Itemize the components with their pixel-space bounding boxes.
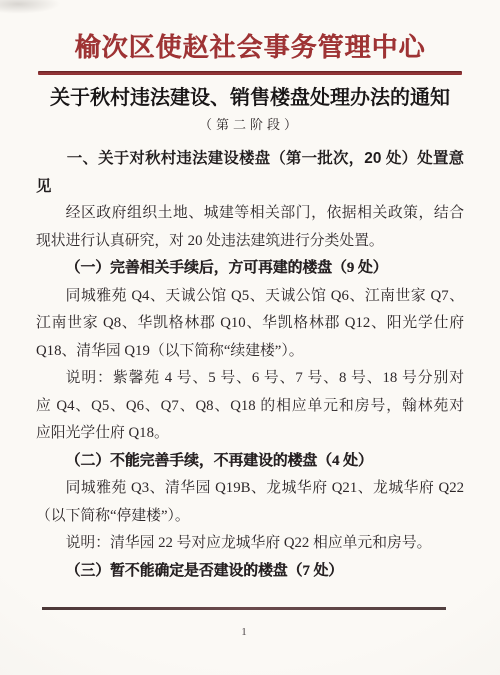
text-line: （一）完善相关手续后，方可再建的楼盘（9 处） — [36, 255, 464, 283]
doc-title: 关于秋村违法建设、销售楼盘处理办法的通知 — [0, 84, 500, 112]
text-line: 江南世家 Q8、华凯格林郡 Q10、华凯格林郡 Q12、阳光学仕府 — [36, 310, 464, 338]
header-rule — [38, 71, 462, 75]
text-line: 说明：紫馨苑 4 号、5 号、6 号、7 号、8 号、18 号分别对 — [36, 365, 464, 393]
doc-stage-subtitle: （第二阶段） — [0, 116, 500, 134]
text-line: 经区政府组织土地、城建等相关部门，依据相关政策，结合 — [36, 200, 464, 228]
page-number: 1 — [0, 626, 488, 638]
document-page: 榆次区使赵社会事务管理中心 关于秋村违法建设、销售楼盘处理办法的通知 （第二阶段… — [0, 0, 500, 675]
text-line: （三）暂不能确定是否建设的楼盘（7 处） — [36, 558, 464, 586]
text-line: 同城雅苑 Q3、清华园 Q19B、龙城华府 Q21、龙城华府 Q22 — [36, 475, 464, 503]
photo-smudge — [0, 0, 90, 26]
document-body: 一、关于对秋村违法建设楼盘（第一批次，20 处）处置意见经区政府组织土地、城建等… — [36, 145, 464, 585]
text-line: 应阳光学仕府 Q18。 — [36, 420, 464, 448]
text-line: （二）不能完善手续，不再建设的楼盘（4 处） — [36, 448, 464, 476]
text-line: （以下简称“停建楼”）。 — [36, 503, 464, 531]
text-line: 应 Q4、Q5、Q6、Q7、Q8、Q18 的相应单元和房号，翰林苑对 — [36, 393, 464, 421]
text-line: 现状进行认真研究，对 20 处违法建筑进行分类处置。 — [36, 228, 464, 256]
text-line: 说明：清华园 22 号对应龙城华府 Q22 相应单元和房号。 — [36, 530, 464, 558]
text-line: 同城雅苑 Q4、天诚公馆 Q5、天诚公馆 Q6、江南世家 Q7、 — [36, 283, 464, 311]
footer-rule — [42, 607, 446, 610]
text-line: Q18、清华园 Q19（以下简称“续建楼”）。 — [36, 338, 464, 366]
text-line: 一、关于对秋村违法建设楼盘（第一批次，20 处）处置意 — [36, 145, 464, 173]
text-line: 见 — [36, 173, 464, 201]
